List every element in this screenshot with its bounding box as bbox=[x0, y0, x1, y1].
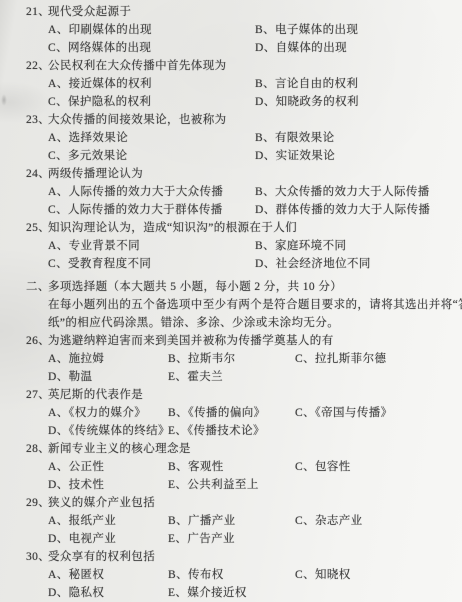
option-d: D、电视产业 bbox=[48, 530, 168, 548]
option-b: B、传布权 bbox=[168, 566, 295, 584]
question-23: 23、大众传播的间接效果论，也被称为 bbox=[0, 111, 462, 129]
multi-choice-section: 二、多项选择题（本大题共 5 小题，每小题 2 分，共 10 分） 在每小题列出… bbox=[0, 278, 462, 602]
question-23-options-row-2: C、多元效果论D、实证效果论 bbox=[0, 147, 462, 165]
question-29: 29、狭义的媒介产业包括 bbox=[0, 494, 462, 512]
option-text: 施拉姆 bbox=[69, 353, 105, 365]
option-text: 勒温 bbox=[69, 371, 93, 383]
option-text: 杂志产业 bbox=[315, 515, 363, 527]
option-label: E、 bbox=[168, 479, 187, 491]
question-27-options-row-2: D、《传统媒体的终结》E、《传播技术论》 bbox=[0, 422, 462, 440]
option-text: 《传播的偏向》 bbox=[188, 407, 266, 419]
option-a: A、印刷媒体的出现 bbox=[48, 21, 255, 39]
option-text: 公正性 bbox=[69, 461, 105, 473]
option-text: 拉斯韦尔 bbox=[188, 353, 236, 365]
option-label: A、 bbox=[48, 240, 69, 252]
option-b: B、广播产业 bbox=[168, 512, 295, 530]
question-number: 29、 bbox=[26, 494, 48, 512]
question-number: 26、 bbox=[26, 332, 48, 350]
option-label: D、 bbox=[48, 533, 69, 545]
option-a: A、人际传播的效力大于大众传播 bbox=[48, 183, 255, 201]
option-label: B、 bbox=[255, 240, 275, 252]
option-label: A、 bbox=[48, 78, 69, 90]
option-text: 广告产业 bbox=[187, 533, 235, 545]
option-text: 受教育程度不同 bbox=[68, 258, 151, 270]
option-text: 《帝国与传播》 bbox=[315, 407, 393, 419]
option-text: 《传统媒体的终结》 bbox=[69, 425, 170, 437]
option-text: 《传播技术论》 bbox=[187, 425, 265, 437]
option-b: B、拉斯韦尔 bbox=[168, 350, 295, 368]
option-text: 多元效果论 bbox=[68, 150, 128, 162]
question-number: 30、 bbox=[26, 548, 48, 566]
section-instructions-line-2: 纸”的相应代码涂黑。错涂、多涂、少涂或未涂均无分。 bbox=[0, 314, 462, 332]
option-c: C、人际传播的效力大于群体传播 bbox=[48, 201, 255, 219]
option-c: C、知晓权 bbox=[295, 566, 351, 584]
option-c: C、包容性 bbox=[295, 458, 351, 476]
option-label: E、 bbox=[168, 425, 187, 437]
question-stem: 现代受众起源于 bbox=[48, 6, 131, 18]
question-22-options-row-2: C、保护隐私的权利D、知晓政务的权利 bbox=[0, 93, 462, 111]
option-label: A、 bbox=[48, 186, 69, 198]
option-text: 群体传播的效力大于人际传播 bbox=[276, 204, 431, 216]
question-stem: 知识沟理论认为，造成“知识沟”的根源在于人们 bbox=[48, 222, 297, 234]
option-d: D、勒温 bbox=[48, 368, 168, 386]
question-stem: 受众享有的权利包括 bbox=[48, 551, 155, 563]
question-29-options-row-2: D、电视产业E、广告产业 bbox=[0, 530, 462, 548]
option-label: B、 bbox=[255, 186, 275, 198]
question-26-options-row-2: D、勒温E、霍夫兰 bbox=[0, 368, 462, 386]
option-label: D、 bbox=[48, 371, 69, 383]
question-28-options-row-2: D、技术性E、公共利益至上 bbox=[0, 476, 462, 494]
option-text: 客观性 bbox=[188, 461, 224, 473]
option-c: C、受教育程度不同 bbox=[48, 255, 255, 273]
option-c: C、拉扎斯菲尔德 bbox=[295, 350, 386, 368]
option-text: 电视产业 bbox=[69, 533, 117, 545]
option-d: D、隐私权 bbox=[48, 584, 168, 602]
option-label: C、 bbox=[48, 42, 68, 54]
option-text: 包容性 bbox=[315, 461, 351, 473]
question-21-options-row-2: C、网络媒体的出现D、自媒体的出现 bbox=[0, 39, 462, 57]
option-text: 秘匿权 bbox=[69, 569, 105, 581]
option-label: C、 bbox=[48, 150, 68, 162]
option-label: A、 bbox=[48, 24, 69, 36]
question-number: 24、 bbox=[26, 165, 48, 183]
option-label: A、 bbox=[48, 353, 69, 365]
scan-smudge-artifact bbox=[1, 94, 7, 106]
option-a: A、报纸产业 bbox=[48, 512, 168, 530]
option-label: C、 bbox=[295, 515, 315, 527]
option-label: C、 bbox=[295, 569, 315, 581]
question-22: 22、公民权利在大众传播中首先体现为 bbox=[0, 57, 462, 75]
question-30-options-row-1: A、秘匿权B、传布权C、知晓权 bbox=[0, 566, 462, 584]
question-30-options-row-2: D、隐私权E、媒介接近权 bbox=[0, 584, 462, 602]
option-text: 知晓政务的权利 bbox=[276, 96, 359, 108]
option-a: A、接近媒体的权利 bbox=[48, 75, 255, 93]
option-a: A、秘匿权 bbox=[48, 566, 168, 584]
question-number: 23、 bbox=[26, 111, 48, 129]
option-text: 实证效果论 bbox=[276, 150, 336, 162]
exam-page-scan: 21、现代受众起源于 A、印刷媒体的出现B、电子媒体的出现 C、网络媒体的出现D… bbox=[0, 0, 462, 602]
option-label: B、 bbox=[168, 515, 188, 527]
option-text: 自媒体的出现 bbox=[276, 42, 347, 54]
instructions-text: 纸”的相应代码涂黑。错涂、多涂、少涂或未涂均无分。 bbox=[48, 317, 339, 329]
option-b: B、客观性 bbox=[168, 458, 295, 476]
option-text: 保护隐私的权利 bbox=[68, 96, 151, 108]
question-22-options-row-1: A、接近媒体的权利B、言论自由的权利 bbox=[0, 75, 462, 93]
option-a: A、专业背景不同 bbox=[48, 237, 255, 255]
question-stem: 公民权利在大众传播中首先体现为 bbox=[48, 60, 227, 72]
option-text: 知晓权 bbox=[315, 569, 351, 581]
single-choice-section: 21、现代受众起源于 A、印刷媒体的出现B、电子媒体的出现 C、网络媒体的出现D… bbox=[0, 0, 462, 273]
option-d: D、自媒体的出现 bbox=[255, 39, 347, 57]
option-label: B、 bbox=[168, 353, 188, 365]
question-21-options-row-1: A、印刷媒体的出现B、电子媒体的出现 bbox=[0, 21, 462, 39]
option-c: C、杂志产业 bbox=[295, 512, 363, 530]
option-c: C、保护隐私的权利 bbox=[48, 93, 255, 111]
question-stem: 英尼斯的代表作是 bbox=[48, 389, 143, 401]
option-d: D、《传统媒体的终结》 bbox=[48, 422, 168, 440]
option-a: A、《权力的媒介》 bbox=[48, 404, 168, 422]
option-d: D、群体传播的效力大于人际传播 bbox=[255, 201, 430, 219]
option-label: C、 bbox=[48, 96, 68, 108]
question-23-options-row-1: A、选择效果论B、有限效果论 bbox=[0, 129, 462, 147]
option-label: D、 bbox=[255, 258, 276, 270]
option-b: B、言论自由的权利 bbox=[255, 75, 358, 93]
option-d: D、技术性 bbox=[48, 476, 168, 494]
option-label: C、 bbox=[48, 258, 68, 270]
option-text: 印刷媒体的出现 bbox=[69, 24, 152, 36]
option-b: B、有限效果论 bbox=[255, 129, 334, 147]
question-stem: 新闻专业主义的核心理念是 bbox=[48, 443, 191, 455]
option-a: A、施拉姆 bbox=[48, 350, 168, 368]
section-number: 二、 bbox=[26, 278, 48, 296]
option-label: D、 bbox=[48, 479, 69, 491]
option-label: B、 bbox=[168, 407, 188, 419]
option-text: 接近媒体的权利 bbox=[69, 78, 152, 90]
option-label: D、 bbox=[255, 204, 276, 216]
question-26: 26、为逃避纳粹迫害而来到美国并被称为传播学奠基人的有 bbox=[0, 332, 462, 350]
question-number: 28、 bbox=[26, 440, 48, 458]
option-text: 人际传播的效力大于群体传播 bbox=[68, 204, 223, 216]
option-b: B、《传播的偏向》 bbox=[168, 404, 295, 422]
option-e: E、公共利益至上 bbox=[168, 476, 259, 494]
option-c: C、网络媒体的出现 bbox=[48, 39, 255, 57]
option-label: E、 bbox=[168, 533, 187, 545]
question-24-options-row-2: C、人际传播的效力大于群体传播D、群体传播的效力大于人际传播 bbox=[0, 201, 462, 219]
section-header: 二、多项选择题（本大题共 5 小题，每小题 2 分，共 10 分） bbox=[0, 278, 462, 296]
option-text: 人际传播的效力大于大众传播 bbox=[69, 186, 224, 198]
section-instructions-line-1: 在每小题列出的五个备选项中至少有两个是符合题目要求的，请将其选出并将“答题 bbox=[0, 296, 462, 314]
option-text: 报纸产业 bbox=[69, 515, 117, 527]
option-d: D、知晓政务的权利 bbox=[255, 93, 359, 111]
option-text: 电子媒体的出现 bbox=[275, 24, 358, 36]
question-25-options-row-1: A、专业背景不同B、家庭环境不同 bbox=[0, 237, 462, 255]
option-text: 家庭环境不同 bbox=[275, 240, 346, 252]
question-number: 22、 bbox=[26, 57, 48, 75]
question-25-options-row-2: C、受教育程度不同D、社会经济地位不同 bbox=[0, 255, 462, 273]
option-label: E、 bbox=[168, 371, 187, 383]
option-text: 隐私权 bbox=[69, 587, 105, 599]
question-24-options-row-1: A、人际传播的效力大于大众传播B、大众传播的效力大于人际传播 bbox=[0, 183, 462, 201]
question-stem: 大众传播的间接效果论，也被称为 bbox=[48, 114, 227, 126]
option-label: A、 bbox=[48, 407, 69, 419]
option-e: E、媒介接近权 bbox=[168, 584, 247, 602]
question-number: 25、 bbox=[26, 219, 48, 237]
option-b: B、大众传播的效力大于人际传播 bbox=[255, 183, 430, 201]
option-label: B、 bbox=[168, 461, 188, 473]
option-label: A、 bbox=[48, 569, 69, 581]
option-text: 选择效果论 bbox=[69, 132, 129, 144]
option-label: B、 bbox=[255, 24, 275, 36]
option-text: 拉扎斯菲尔德 bbox=[315, 353, 386, 365]
option-text: 社会经济地位不同 bbox=[276, 258, 371, 270]
question-25: 25、知识沟理论认为，造成“知识沟”的根源在于人们 bbox=[0, 219, 462, 237]
option-label: B、 bbox=[255, 132, 275, 144]
option-label: B、 bbox=[168, 569, 188, 581]
option-label: A、 bbox=[48, 515, 69, 527]
option-text: 广播产业 bbox=[188, 515, 236, 527]
option-a: A、选择效果论 bbox=[48, 129, 255, 147]
instructions-text: 在每小题列出的五个备选项中至少有两个是符合题目要求的，请将其选出并将“答题 bbox=[48, 299, 462, 311]
option-label: D、 bbox=[48, 425, 69, 437]
option-c: C、多元效果论 bbox=[48, 147, 255, 165]
option-label: A、 bbox=[48, 461, 69, 473]
option-text: 专业背景不同 bbox=[69, 240, 140, 252]
question-24: 24、两级传播理论认为 bbox=[0, 165, 462, 183]
option-e: E、广告产业 bbox=[168, 530, 235, 548]
option-text: 公共利益至上 bbox=[187, 479, 258, 491]
option-label: D、 bbox=[255, 150, 276, 162]
question-27-options-row-1: A、《权力的媒介》B、《传播的偏向》C、《帝国与传播》 bbox=[0, 404, 462, 422]
option-label: C、 bbox=[295, 353, 315, 365]
option-label: C、 bbox=[295, 407, 315, 419]
option-c: C、《帝国与传播》 bbox=[295, 404, 393, 422]
question-28-options-row-1: A、公正性B、客观性C、包容性 bbox=[0, 458, 462, 476]
option-text: 大众传播的效力大于人际传播 bbox=[275, 186, 430, 198]
option-label: A、 bbox=[48, 132, 69, 144]
option-e: E、霍夫兰 bbox=[168, 368, 223, 386]
option-label: D、 bbox=[48, 587, 69, 599]
question-21: 21、现代受众起源于 bbox=[0, 3, 462, 21]
option-label: C、 bbox=[48, 204, 68, 216]
question-26-options-row-1: A、施拉姆B、拉斯韦尔C、拉扎斯菲尔德 bbox=[0, 350, 462, 368]
option-text: 网络媒体的出现 bbox=[68, 42, 151, 54]
option-b: B、电子媒体的出现 bbox=[255, 21, 358, 39]
option-label: D、 bbox=[255, 96, 276, 108]
option-text: 霍夫兰 bbox=[187, 371, 223, 383]
question-28: 28、新闻专业主义的核心理念是 bbox=[0, 440, 462, 458]
option-label: D、 bbox=[255, 42, 276, 54]
section-title: 多项选择题（本大题共 5 小题，每小题 2 分，共 10 分） bbox=[48, 281, 342, 293]
question-number: 27、 bbox=[26, 386, 48, 404]
option-text: 传布权 bbox=[188, 569, 224, 581]
option-a: A、公正性 bbox=[48, 458, 168, 476]
option-b: B、家庭环境不同 bbox=[255, 237, 346, 255]
option-text: 言论自由的权利 bbox=[275, 78, 358, 90]
question-stem: 狭义的媒介产业包括 bbox=[48, 497, 155, 509]
option-d: D、实证效果论 bbox=[255, 147, 335, 165]
option-text: 媒介接近权 bbox=[187, 587, 247, 599]
question-27: 27、英尼斯的代表作是 bbox=[0, 386, 462, 404]
question-30: 30、受众享有的权利包括 bbox=[0, 548, 462, 566]
option-label: C、 bbox=[295, 461, 315, 473]
option-d: D、社会经济地位不同 bbox=[255, 255, 371, 273]
option-e: E、《传播技术论》 bbox=[168, 422, 265, 440]
question-29-options-row-1: A、报纸产业B、广播产业C、杂志产业 bbox=[0, 512, 462, 530]
option-label: B、 bbox=[255, 78, 275, 90]
option-label: E、 bbox=[168, 587, 187, 599]
question-number: 21、 bbox=[26, 3, 48, 21]
option-text: 有限效果论 bbox=[275, 132, 335, 144]
option-text: 《权力的媒介》 bbox=[69, 407, 147, 419]
question-stem: 为逃避纳粹迫害而来到美国并被称为传播学奠基人的有 bbox=[48, 335, 334, 347]
option-text: 技术性 bbox=[69, 479, 105, 491]
question-stem: 两级传播理论认为 bbox=[48, 168, 143, 180]
